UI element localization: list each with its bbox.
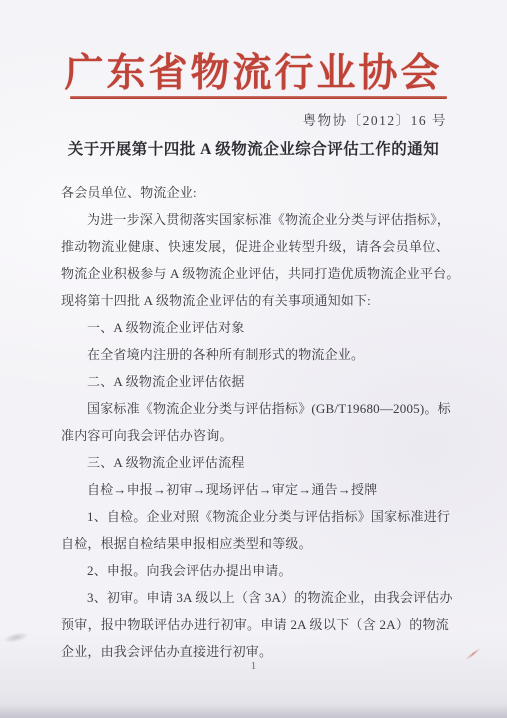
salutation-line: 各会员单位、物流企业: (61, 179, 449, 206)
letterhead-divider-rule (70, 96, 447, 99)
body-line: 3、初审。申请 3A 级以上（含 3A）的物流企业，由我会评估办 (61, 584, 449, 611)
body-line: 国家标准《物流企业分类与评估指标》(GB/T19680—2005)。标 (61, 395, 449, 422)
body-line: 预审，报中物联评估办进行初审。申请 2A 级以下（含 2A）的物流 (61, 611, 449, 638)
body-line: 一、A 级物流企业评估对象 (61, 314, 449, 341)
scan-edge-shadow (0, 704, 507, 718)
body-line: 现将第十四批 A 级物流企业评估的有关事项通知如下: (61, 287, 449, 314)
document-body: 各会员单位、物流企业: 为进一步深入贯彻落实国家标准《物流企业分类与评估指标》，… (61, 179, 449, 665)
body-line: 推动物流业健康、快速发展，促进企业转型升级，请各会员单位、 (61, 233, 449, 260)
letterhead-org-name: 广东省物流行业协会 (0, 42, 507, 98)
body-line: 2、申报。向我会评估办提出申请。 (61, 557, 449, 584)
body-line: 在全省境内注册的各种所有制形式的物流企业。 (61, 341, 449, 368)
body-line: 自检，根据自检结果申报相应类型和等级。 (61, 530, 449, 557)
body-line: 二、A 级物流企业评估依据 (61, 368, 449, 395)
scan-smudge-artifact (2, 630, 29, 644)
body-line: 为进一步深入贯彻落实国家标准《物流企业分类与评估指标》， (61, 206, 449, 233)
body-line: 自检→申报→初审→现场评估→审定→通告→授牌 (61, 476, 449, 503)
body-line: 1、自检。企业对照《物流企业分类与评估指标》国家标准进行 (61, 503, 449, 530)
body-line: 准内容可向我会评估办咨询。 (61, 422, 449, 449)
body-line: 三、A 级物流企业评估流程 (61, 449, 449, 476)
scan-scratch-artifact (465, 648, 480, 661)
scanned-document-page: 广东省物流行业协会 粤物协〔2012〕16 号 关于开展第十四批 A 级物流企业… (0, 0, 507, 718)
document-title: 关于开展第十四批 A 级物流企业综合评估工作的通知 (0, 137, 507, 159)
body-line: 物流企业积极参与 A 级物流企业评估，共同打造优质物流企业平台。 (61, 260, 449, 287)
document-number: 粤物协〔2012〕16 号 (303, 109, 447, 129)
page-number: 1 (0, 660, 507, 672)
